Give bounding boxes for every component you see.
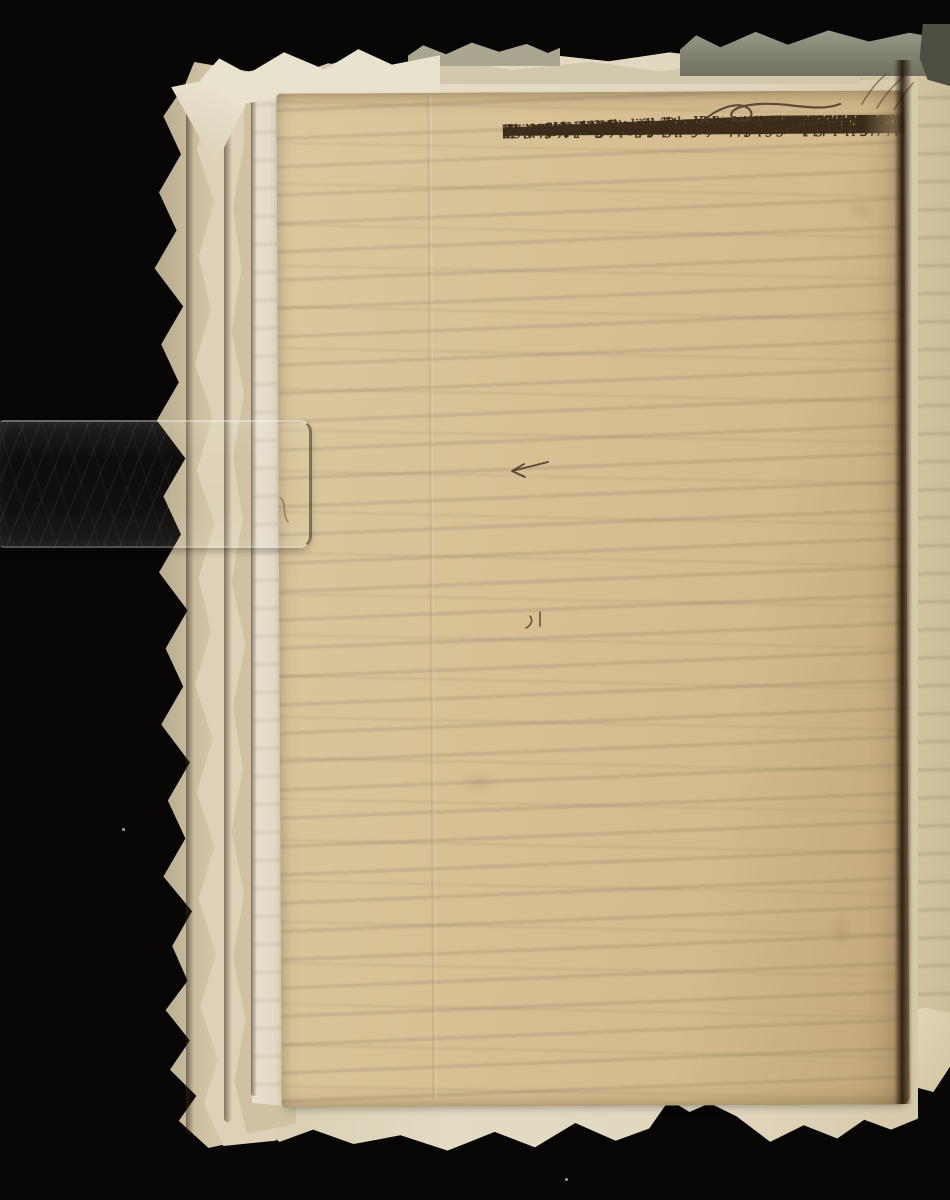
stub-crevice-shadow [186, 90, 194, 1134]
dust-speck [122, 828, 125, 831]
stub-crevice-shadow [224, 104, 232, 1122]
acrylic-weight-strip [0, 420, 312, 548]
handwritten-text-block: Los dias passados Voxe a Canton porque e… [503, 115, 912, 1068]
gutter-shadow [894, 60, 912, 1104]
manuscript-photo: Los dias passados Voxe a Canton porque e… [0, 0, 950, 1200]
dust-speck [565, 1178, 568, 1181]
stub-crevice-shadow [251, 96, 257, 1096]
